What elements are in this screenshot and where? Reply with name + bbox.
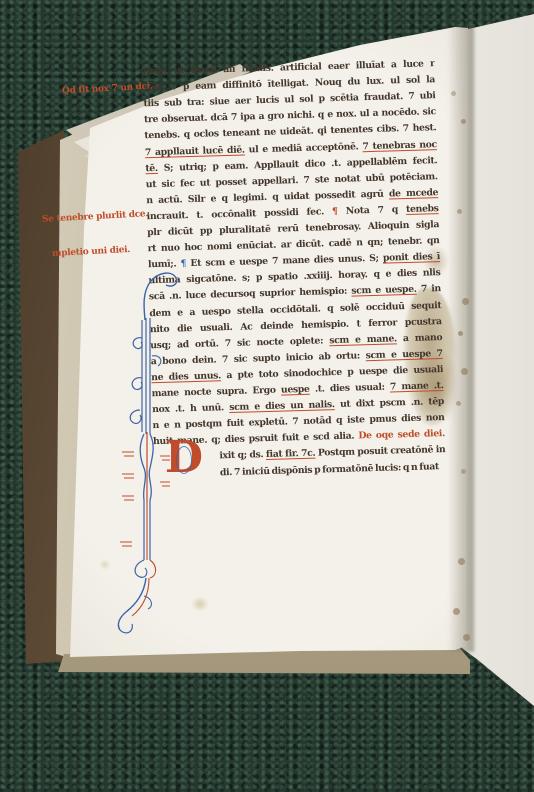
pen-flourish-border [100,260,210,640]
manuscript-photo: Qd fit nox 7 un dci.Se tenebre plurlit d… [0,0,534,792]
gutter-stain-spots [0,0,3,3]
